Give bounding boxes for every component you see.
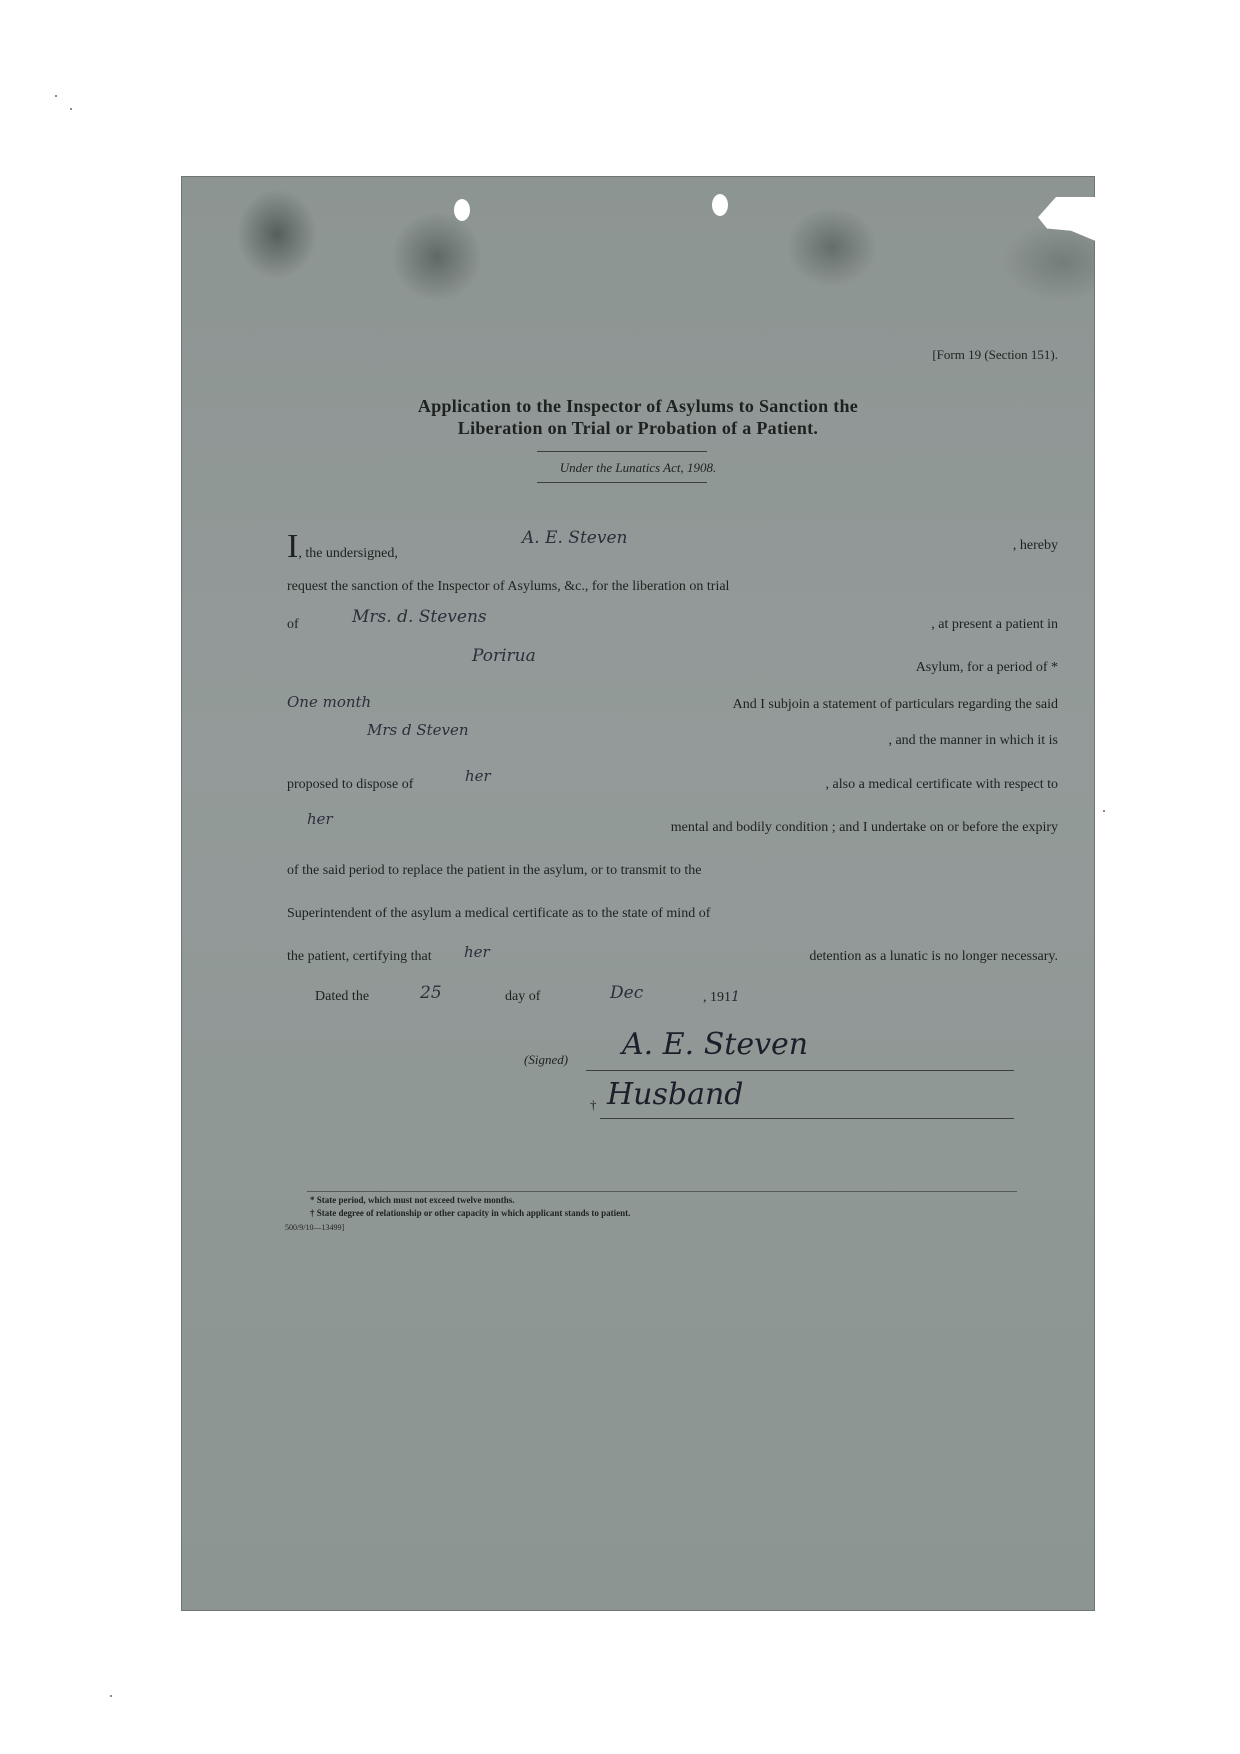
certifying-field[interactable]: her — [464, 943, 490, 961]
drop-cap: I — [287, 528, 298, 565]
relationship-field[interactable]: Husband — [607, 1077, 744, 1112]
scan-speck — [70, 108, 72, 110]
static-text: Dated the — [315, 989, 369, 1004]
static-text: mental and bodily condition ; and I unde… — [671, 820, 1058, 836]
page-title: Application to the Inspector of Asylums … — [182, 395, 1094, 439]
signature-line — [586, 1070, 1014, 1071]
year-field[interactable]: 1 — [731, 989, 740, 1005]
title-line-1: Application to the Inspector of Asylums … — [182, 395, 1094, 417]
respect-to-field[interactable]: her — [307, 810, 333, 828]
patient-name-field[interactable]: Mrs. d. Stevens — [352, 607, 487, 627]
static-text: detention as a lunatic is no longer nece… — [809, 949, 1058, 965]
relationship-line — [600, 1118, 1014, 1119]
dagger-mark: † — [590, 1097, 597, 1113]
said-patient-field[interactable]: Mrs d Steven — [367, 721, 469, 739]
period-field[interactable]: One month — [287, 693, 371, 711]
document-page: [Form 19 (Section 151). Application to t… — [182, 177, 1094, 1610]
print-code: 500/9/10—13499] — [285, 1223, 344, 1232]
form-reference: [Form 19 (Section 151). — [932, 347, 1058, 363]
static-text: , the undersigned, — [298, 546, 398, 561]
static-text: , and the manner in which it is — [888, 733, 1058, 749]
body-line-1: I, the undersigned, A. E. Steven , hereb… — [287, 532, 1058, 562]
footnote-2: † State degree of relationship or other … — [310, 1208, 630, 1218]
title-line-2: Liberation on Trial or Probation of a Pa… — [182, 417, 1094, 439]
static-text: , 191 — [703, 990, 731, 1005]
torn-corner — [1038, 197, 1098, 242]
static-text: day of — [505, 989, 540, 1005]
day-field[interactable]: 25 — [420, 983, 442, 1003]
signed-label: (Signed) — [524, 1052, 568, 1068]
body-line-7: proposed to dispose of her , also a medi… — [287, 777, 1058, 793]
static-text: proposed to dispose of — [287, 777, 413, 792]
scan-speck — [1103, 810, 1105, 812]
applicant-name-field[interactable]: A. E. Steven — [522, 528, 627, 548]
body-line-2: request the sanction of the Inspector of… — [287, 579, 1058, 595]
static-text: Asylum, for a period of * — [916, 660, 1058, 676]
month-field[interactable]: Dec — [610, 983, 643, 1003]
footnote-divider — [307, 1191, 1017, 1192]
dispose-of-field[interactable]: her — [465, 767, 491, 785]
footnote-1: * State period, which must not exceed tw… — [310, 1195, 514, 1205]
static-text: , hereby — [1013, 538, 1058, 554]
asylum-name-field[interactable]: Porirua — [472, 646, 536, 666]
static-text: And I subjoin a statement of particulars… — [733, 697, 1058, 713]
static-text: the patient, certifying that — [287, 949, 432, 964]
body-line-10: Superintendent of the asylum a medical c… — [287, 906, 1058, 922]
divider — [537, 451, 707, 452]
divider — [537, 482, 707, 483]
static-text: of — [287, 617, 299, 632]
static-text: , also a medical certificate with respec… — [826, 777, 1058, 793]
signature-field[interactable]: A. E. Steven — [622, 1027, 808, 1062]
static-text: , at present a patient in — [931, 617, 1058, 633]
dated-line: Dated the 25 day of Dec , 1911 — [315, 989, 1058, 1005]
act-citation: Under the Lunatics Act, 1908. — [182, 460, 1094, 476]
body-line-3: of Mrs. d. Stevens , at present a patien… — [287, 617, 1058, 633]
year-text: , 1911 — [703, 989, 740, 1006]
body-line-9: of the said period to replace the patien… — [287, 863, 1058, 879]
scan-speck — [110, 1695, 112, 1697]
body-line-11: the patient, certifying that her detenti… — [287, 949, 1058, 965]
punch-hole — [454, 199, 470, 221]
punch-hole — [712, 194, 728, 216]
scan-speck — [55, 95, 57, 97]
